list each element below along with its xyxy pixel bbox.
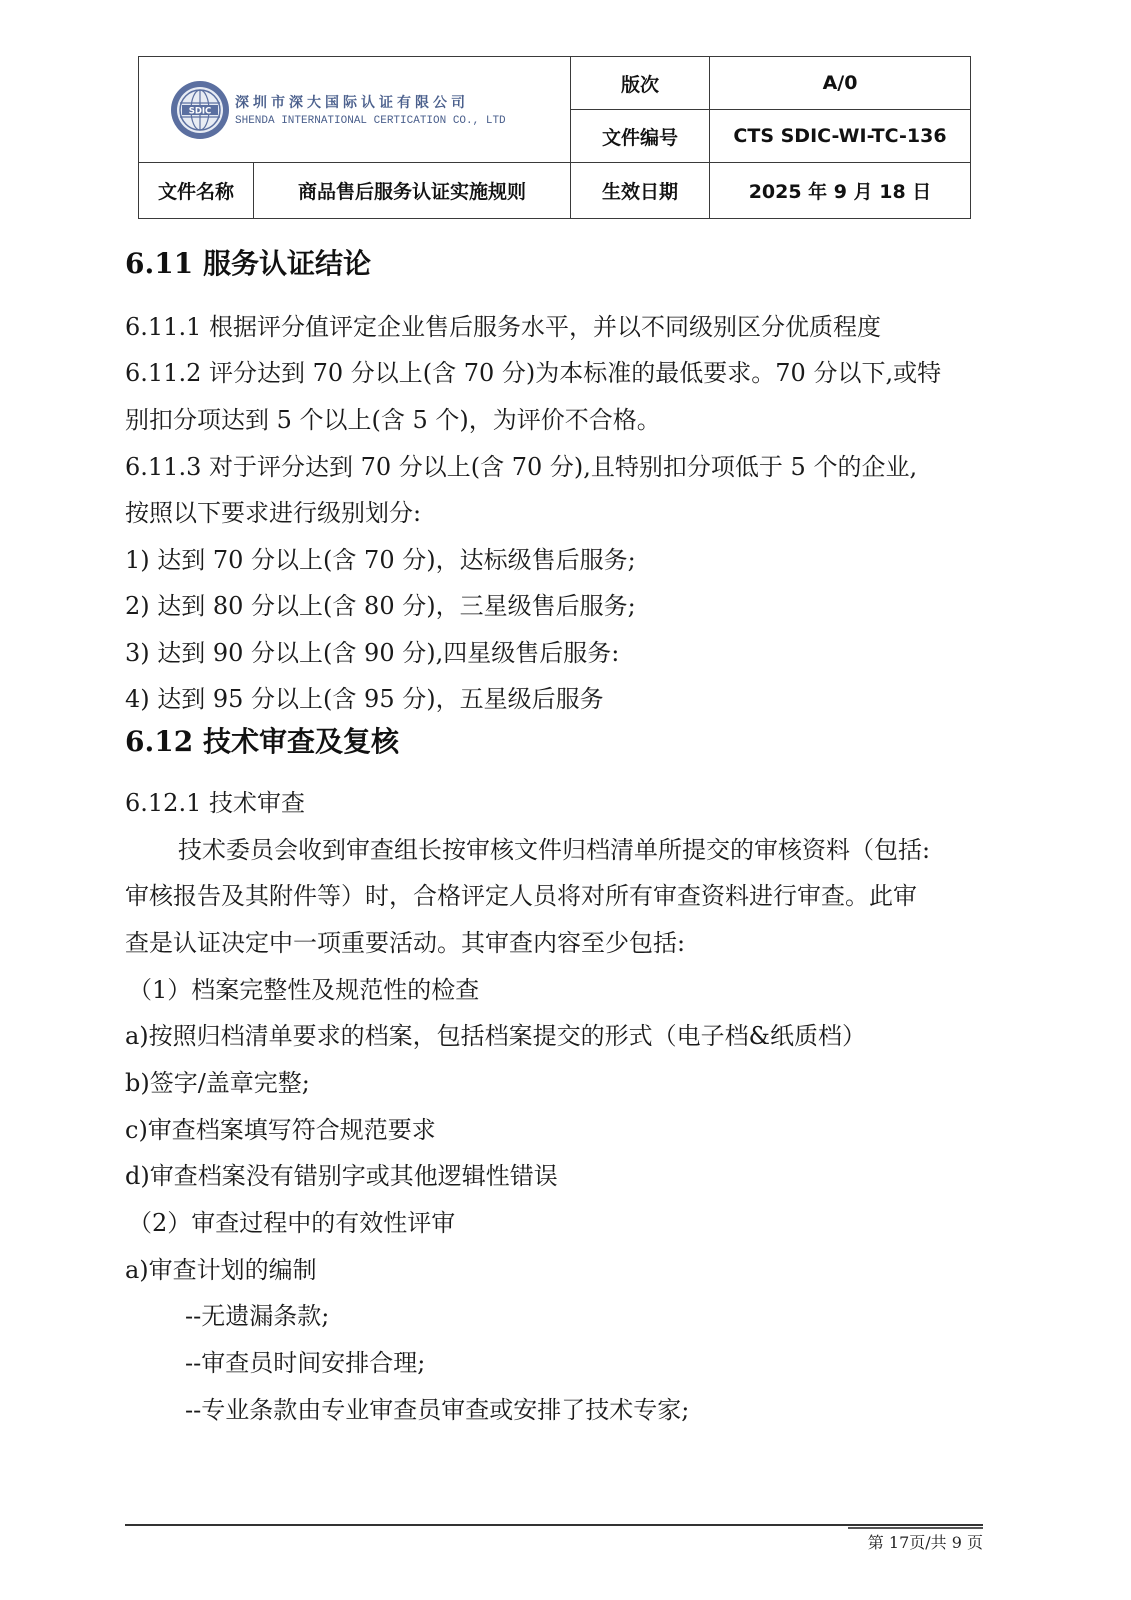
version-value: A/0 [710,57,971,110]
item-1-title: （1）档案完整性及规范性的检查 [128,975,479,1005]
effective-date-value: 2025 年 9 月 18 日 [710,163,971,219]
effective-date-label: 生效日期 [571,163,710,219]
item-2-a-point: --审查员时间安排合理; [185,1348,425,1378]
clause-6-11-3-line2: 按照以下要求进行级别划分: [125,498,421,528]
item-2-a-point: --专业条款由专业审查员审查或安排了技术专家; [185,1395,689,1425]
item-1-c: c)审查档案填写符合规范要求 [125,1115,436,1145]
page-number: 第 17页/共 9 页 [868,1530,983,1553]
company-logo-cell: SDIC 深圳市深大国际认证有限公司 SHENDA INTERNATIONAL … [139,57,571,163]
doc-number-label: 文件编号 [571,110,710,163]
clause-6-11-3-line1: 6.11.3 对于评分达到 70 分以上(含 70 分),且特别扣分项低于 5 … [125,452,917,482]
clause-6-11-2-line2: 别扣分项达到 5 个以上(含 5 个)，为评价不合格。 [125,405,661,435]
company-logo-icon: SDIC [169,79,231,141]
svg-text:SDIC: SDIC [189,106,212,116]
item-2-a-point: --无遗漏条款; [185,1301,329,1331]
version-label: 版次 [571,57,710,110]
footer-divider [125,1524,983,1526]
item-2-a: a)审查计划的编制 [125,1255,317,1285]
section-title-6-11: 6.11 服务认证结论 [125,242,371,282]
item-1-b: b)签字/盖章完整; [125,1068,310,1098]
level-item: 4) 达到 95 分以上(含 95 分)，五星级后服务 [125,684,604,714]
company-name-en: SHENDA INTERNATIONAL CERTICATION CO., LT… [235,115,506,127]
company-name-cn: 深圳市深大国际认证有限公司 [235,92,506,112]
doc-number-value: CTS SDIC-WI-TC-136 [710,110,971,163]
item-2-title: （2）审查过程中的有效性评审 [128,1208,455,1238]
level-item: 2) 达到 80 分以上(含 80 分)，三星级售后服务; [125,591,636,621]
clause-6-12-1-title: 6.12.1 技术审查 [125,788,305,818]
section-title-6-12: 6.12 技术审查及复核 [125,720,399,760]
footer-divider-short [848,1527,983,1529]
clause-6-11-1: 6.11.1 根据评分值评定企业售后服务水平，并以不同级别区分优质程度 [125,312,881,342]
intro-line2: 审核报告及其附件等）时，合格评定人员将对所有审查资料进行审查。此审 [125,881,917,911]
item-1-a: a)按照归档清单要求的档案，包括档案提交的形式（电子档&纸质档） [125,1021,866,1051]
document-header-table: SDIC 深圳市深大国际认证有限公司 SHENDA INTERNATIONAL … [138,56,971,219]
item-1-d: d)审查档案没有错别字或其他逻辑性错误 [125,1161,558,1191]
doc-name-label: 文件名称 [139,163,254,219]
clause-6-11-2-line1: 6.11.2 评分达到 70 分以上(含 70 分)为本标准的最低要求。70 分… [125,358,941,388]
level-item: 1) 达到 70 分以上(含 70 分)，达标级售后服务; [125,545,636,575]
intro-line3: 查是认证决定中一项重要活动。其审查内容至少包括: [125,928,685,958]
doc-name-value: 商品售后服务认证实施规则 [254,163,571,219]
intro-line1: 技术委员会收到审查组长按审核文件归档清单所提交的审核资料（包括: [178,835,930,865]
level-item: 3) 达到 90 分以上(含 90 分),四星级售后服务: [125,638,619,668]
